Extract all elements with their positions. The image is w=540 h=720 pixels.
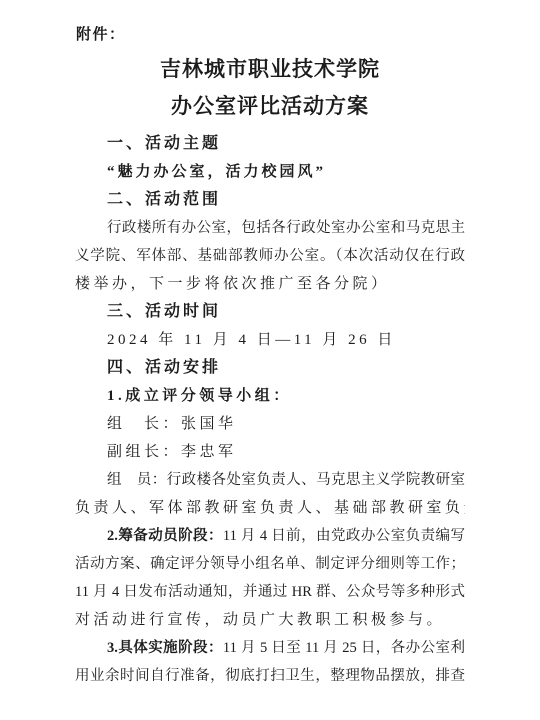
item-3-line-1: 3.具体实施阶段：11 月 5 日至 11 月 25 日，各办公室利 <box>75 634 465 662</box>
document-title: 吉林城市职业技术学院 办公室评比活动方案 <box>0 51 540 125</box>
item-2-lead: 2.筹备动员阶段： <box>107 528 223 544</box>
section-heading-activity-time: 三、活动时间 <box>75 298 465 326</box>
item-2-line-4: 对活动进行宣传，动员广大教职工积极参与。 <box>75 606 465 634</box>
section-heading-activity-theme: 一、活动主题 <box>75 130 465 158</box>
item-3-lead: 3.具体实施阶段： <box>107 640 223 656</box>
document-page: 附件： 吉林城市职业技术学院 办公室评比活动方案 一、活动主题 “魅力办公室，活… <box>0 0 540 720</box>
scope-line-3: 楼举办，下一步将依次推广至各分院） <box>75 270 465 298</box>
scope-line-1: 行政楼所有办公室，包括各行政处室办公室和马克思主 <box>75 214 465 242</box>
section-heading-activity-scope: 二、活动范围 <box>75 186 465 214</box>
item-2-line-3: 11 月 4 日发布活动通知，并通过 HR 群、公众号等多种形式 <box>75 578 465 606</box>
document-body: 一、活动主题 “魅力办公室，活力校园风” 二、活动范围 行政楼所有办公室，包括各… <box>75 130 465 690</box>
attachment-label: 附件： <box>76 22 126 48</box>
group-leader-line: 组 长：张国华 <box>75 410 465 438</box>
document-title-line-2: 办公室评比活动方案 <box>0 88 540 125</box>
item-1-heading: 1.成立评分领导小组： <box>75 382 465 410</box>
document-title-line-1: 吉林城市职业技术学院 <box>0 51 540 88</box>
theme-quote-line: “魅力办公室，活力校园风” <box>75 158 465 186</box>
item-2-line-1-text: 11 月 4 日前，由党政办公室负责编写 <box>223 528 465 544</box>
scope-line-2: 义学院、军体部、基础部教师办公室。（本次活动仅在行政 <box>75 242 465 270</box>
item-3-line-1-text: 11 月 5 日至 11 月 25 日，各办公室利 <box>223 640 465 656</box>
deputy-leader-line: 副组长：李忠军 <box>75 438 465 466</box>
item-2-line-1: 2.筹备动员阶段：11 月 4 日前，由党政办公室负责编写 <box>75 522 465 550</box>
members-line-2: 负责人、军体部教研室负责人、基础部教研室负责人。 <box>75 494 465 522</box>
item-2-line-2: 活动方案、确定评分领导小组名单、制定评分细则等工作； <box>75 550 465 578</box>
item-3-line-2: 用业余时间自行准备，彻底打扫卫生，整理物品摆放，排查 <box>75 662 465 690</box>
section-heading-activity-arrangement: 四、活动安排 <box>75 354 465 382</box>
activity-time-line: 2024 年 11 月 4 日—11 月 26 日 <box>75 326 465 354</box>
members-line-1: 组 员：行政楼各处室负责人、马克思主义学院教研室 <box>75 466 465 494</box>
